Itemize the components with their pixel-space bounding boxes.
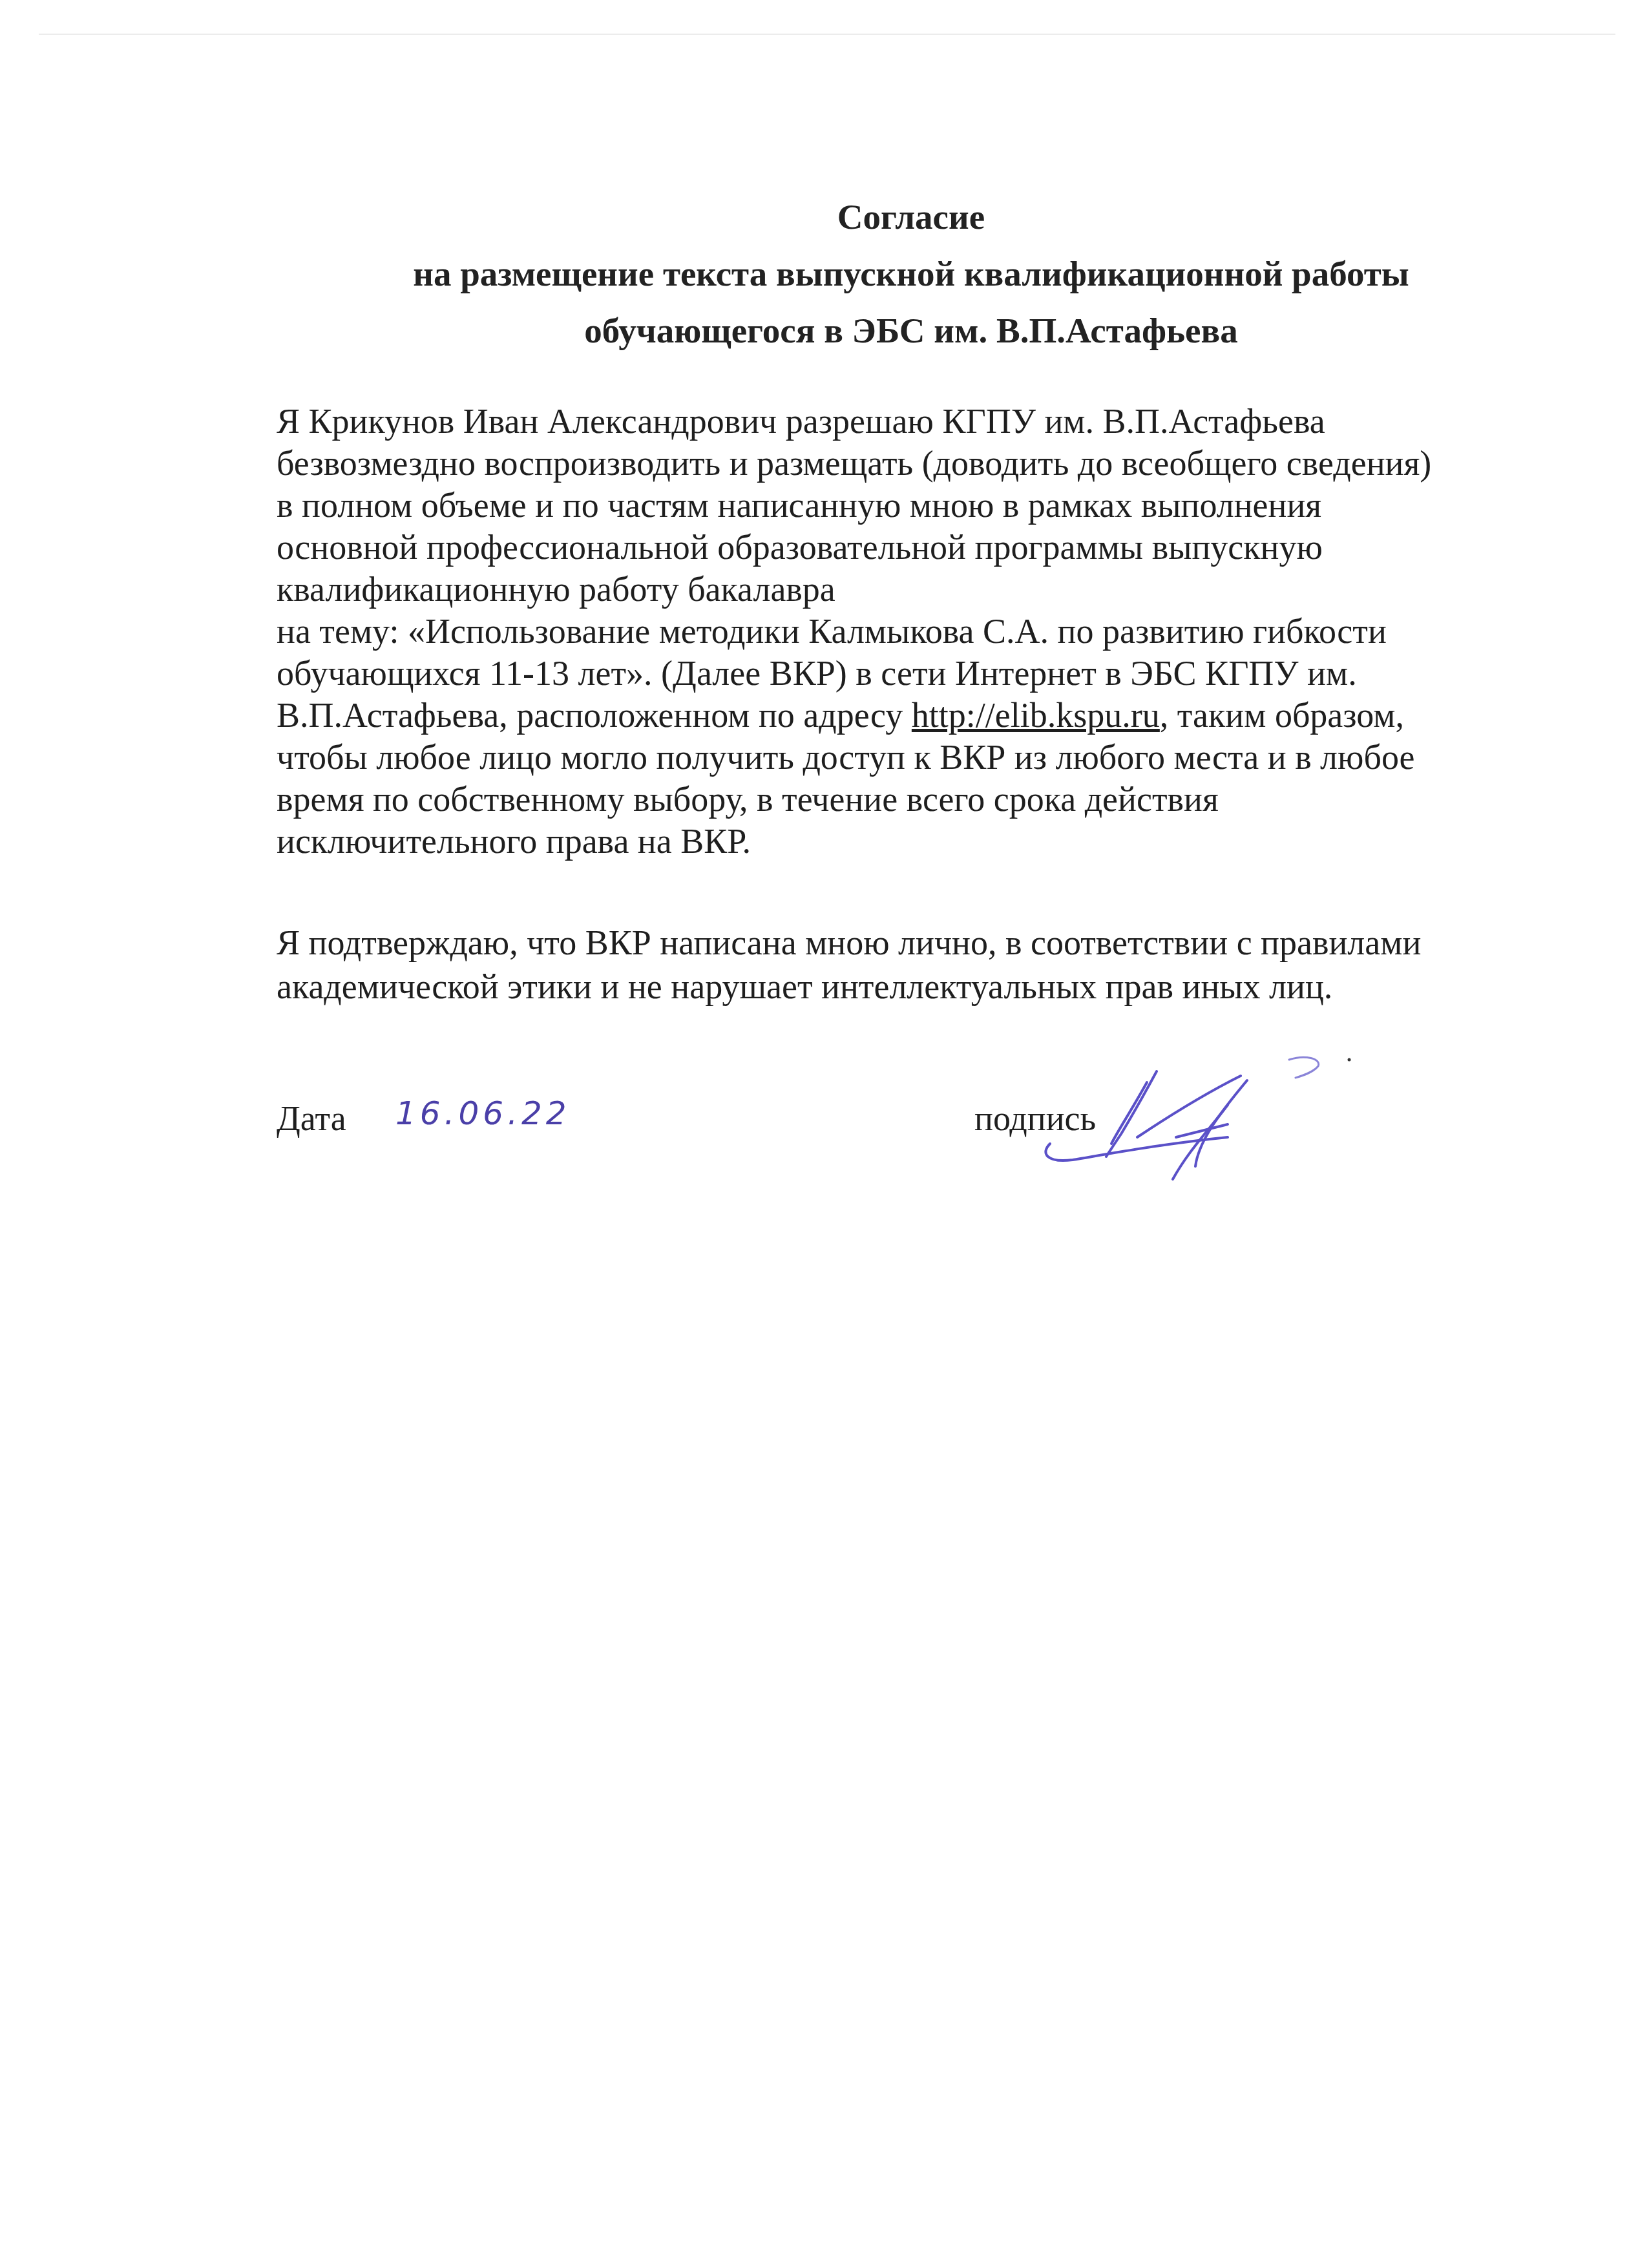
text-line: чтобы любое лицо могло получить доступ к…: [277, 737, 1556, 779]
text-line: академической этики и не нарушает интелл…: [277, 965, 1556, 1009]
date-label: Дата: [277, 1098, 346, 1139]
elib-link[interactable]: http://elib.kspu.ru: [912, 696, 1160, 735]
scan-edge-line: [39, 34, 1615, 35]
text-line: безвозмездно воспроизводить и размещать …: [277, 443, 1556, 485]
title-line-1: Согласие: [0, 189, 1649, 246]
text-line: Я подтверждаю, что ВКР написана мною лич…: [277, 921, 1556, 965]
handwritten-signature-icon: [1034, 1034, 1486, 1189]
text-line: обучающихся 11-13 лет». (Далее ВКР) в се…: [277, 653, 1556, 695]
confirmation-paragraph: Я подтверждаю, что ВКР написана мною лич…: [277, 921, 1556, 1009]
text-line: на тему: «Использование методики Калмыко…: [277, 611, 1556, 653]
text-line-with-link: В.П.Астафьева, расположенном по адресу h…: [277, 695, 1556, 737]
handwritten-date: 16.06.22: [395, 1095, 571, 1132]
text-line: время по собственному выбору, в течение …: [277, 779, 1556, 821]
text-line: Я Крикунов Иван Александрович разрешаю К…: [277, 401, 1556, 443]
document-page: Согласие на размещение текста выпускной …: [0, 0, 1649, 2268]
document-title: Согласие на размещение текста выпускной …: [0, 189, 1649, 359]
text-line: в полном объеме и по частям написанную м…: [277, 485, 1556, 527]
text-after-link: , таким образом,: [1160, 696, 1404, 735]
text-line: исключительного права на ВКР.: [277, 821, 1556, 863]
text-line: квалификационную работу бакалавра: [277, 569, 1556, 611]
consent-paragraph: Я Крикунов Иван Александрович разрешаю К…: [277, 401, 1556, 863]
title-line-3: обучающегося в ЭБС им. В.П.Астафьева: [0, 302, 1649, 359]
text-before-link: В.П.Астафьева, расположенном по адресу: [277, 696, 912, 735]
title-line-2: на размещение текста выпускной квалифика…: [0, 246, 1649, 302]
text-line: основной профессиональной образовательно…: [277, 527, 1556, 569]
